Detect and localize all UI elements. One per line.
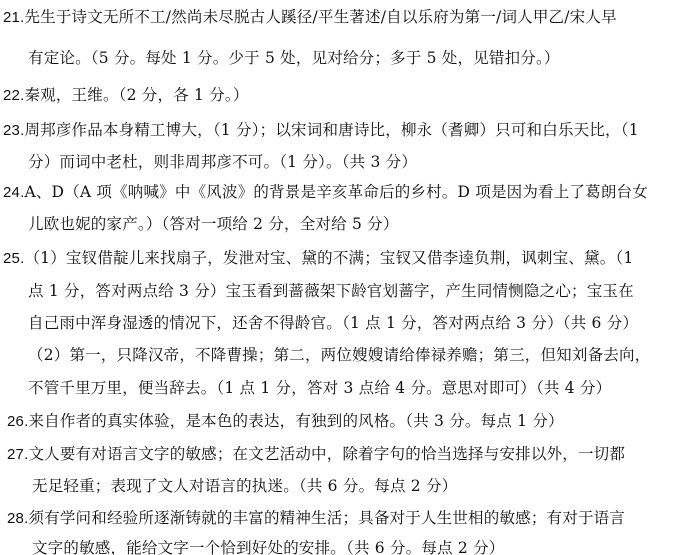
answer-text: 自己雨中浑身湿透的情况下，还舍不得龄官。（1 点 1 分，答对两点给 3 分）（… [28, 314, 638, 332]
answer-text: （1）宝钗借靛儿来找扇子，发泄对宝、黛的不满；宝钗又借李逵负荆，讽刺宝、黛。（1 [24, 249, 633, 267]
answer-number: 27. [7, 446, 28, 463]
answer-text: 须有学问和经验所逐渐铸就的丰富的精神生活；具备对于人生世相的敏感；有对于语言 [28, 509, 625, 527]
answer-text: 分）而词中老杜，则非周邦彦不可。（1 分）。（共 3 分） [28, 153, 417, 171]
answer-number: 28. [7, 510, 28, 527]
answer-text: 文字的敏感，能给文字一个恰到好处的安排。（共 6 分。每点 2 分） [32, 539, 504, 555]
answer-number: 25. [3, 250, 24, 267]
answer-text: 无足轻重；表现了文人对语言的执迷。（共 6 分。每点 2 分） [32, 477, 457, 495]
answer-28-line-2: 文字的敏感，能给文字一个恰到好处的安排。（共 6 分。每点 2 分） [32, 538, 504, 555]
answer-23-line-2: 分）而词中老杜，则非周邦彦不可。（1 分）。（共 3 分） [28, 152, 417, 172]
answer-25-line-2: 点 1 分，答对两点给 3 分）宝玉看到蔷薇架下龄官划蔷字，产生同情恻隐之心；宝… [28, 281, 634, 301]
answer-25-line-5: 不管千里万里，便当辞去。（1 点 1 分，答对 3 点给 4 分。意思对即可）（… [28, 378, 611, 398]
answer-text: A、D（A 项《呐喊》中《风波》的背景是辛亥革命后的乡村。D 项是因为看上了葛朗… [24, 183, 648, 201]
answer-28-line-1: 28.须有学问和经验所逐渐铸就的丰富的精神生活；具备对于人生世相的敏感；有对于语… [7, 508, 625, 529]
answer-text: 周邦彦作品本身精工博大，（1 分）；以宋词和唐诗比，柳永（耆卿）只可和白乐天比，… [24, 121, 638, 139]
answer-22-line-1: 22.秦观，王维。（2 分，各 1 分。） [3, 85, 249, 106]
answer-26-line-1: 26.来自作者的真实体验，是本色的表达，有独到的风格。（共 3 分。每点 1 分… [7, 411, 564, 432]
answer-text: 来自作者的真实体验，是本色的表达，有独到的风格。（共 3 分。每点 1 分） [28, 412, 563, 430]
answer-text: （2）第一，只降汉帝，不降曹操；第二，两位嫂嫂请给俸禄养赡；第三，但知刘备去向， [28, 346, 650, 364]
answer-text: 秦观，王维。（2 分，各 1 分。） [24, 86, 248, 104]
answer-number: 26. [7, 413, 28, 430]
answer-number: 22. [3, 87, 24, 104]
answer-text: 不管千里万里，便当辞去。（1 点 1 分，答对 3 点给 4 分。意思对即可）（… [28, 379, 611, 397]
answer-21-line-2: 有定论。（5 分。每处 1 分。少于 5 处，见对给分；多于 5 处，见错扣分。… [28, 48, 560, 68]
answer-24-line-2: 儿欧也妮的家产。）（答对一项给 2 分，全对给 5 分） [28, 214, 399, 234]
answer-number: 21. [3, 9, 24, 26]
answer-21-line-1: 21.先生于诗文无所不工/然尚未尽脱古人蹊径/平生著述/自以乐府为第一/词人甲乙… [3, 7, 617, 28]
answer-27-line-1: 27.文人要有对语言文字的敏感；在文艺活动中，除着字句的恰当选择与安排以外，一切… [7, 444, 625, 465]
answer-key-document: 21.先生于诗文无所不工/然尚未尽脱古人蹊径/平生著述/自以乐府为第一/词人甲乙… [0, 0, 673, 555]
answer-text: 文人要有对语言文字的敏感；在文艺活动中，除着字句的恰当选择与安排以外，一切都 [28, 445, 625, 463]
answer-number: 24. [3, 184, 24, 201]
answer-text: 有定论。（5 分。每处 1 分。少于 5 处，见对给分；多于 5 处，见错扣分。… [28, 49, 560, 67]
answer-25-line-1: 25.（1）宝钗借靛儿来找扇子，发泄对宝、黛的不满；宝钗又借李逵负荆，讽刺宝、黛… [3, 248, 633, 269]
answer-number: 23. [3, 122, 24, 139]
answer-25-line-3: 自己雨中浑身湿透的情况下，还舍不得龄官。（1 点 1 分，答对两点给 3 分）（… [28, 313, 638, 333]
answer-27-line-2: 无足轻重；表现了文人对语言的执迷。（共 6 分。每点 2 分） [32, 476, 457, 496]
answer-text: 点 1 分，答对两点给 3 分）宝玉看到蔷薇架下龄官划蔷字，产生同情恻隐之心；宝… [28, 282, 634, 300]
answer-24-line-1: 24.A、D（A 项《呐喊》中《风波》的背景是辛亥革命后的乡村。D 项是因为看上… [3, 182, 648, 203]
answer-text: 儿欧也妮的家产。）（答对一项给 2 分，全对给 5 分） [28, 215, 399, 233]
answer-23-line-1: 23.周邦彦作品本身精工博大，（1 分）；以宋词和唐诗比，柳永（耆卿）只可和白乐… [3, 120, 639, 141]
answer-25-line-4: （2）第一，只降汉帝，不降曹操；第二，两位嫂嫂请给俸禄养赡；第三，但知刘备去向， [28, 345, 650, 365]
answer-text: 先生于诗文无所不工/然尚未尽脱古人蹊径/平生著述/自以乐府为第一/词人甲乙/宋人… [24, 8, 616, 26]
